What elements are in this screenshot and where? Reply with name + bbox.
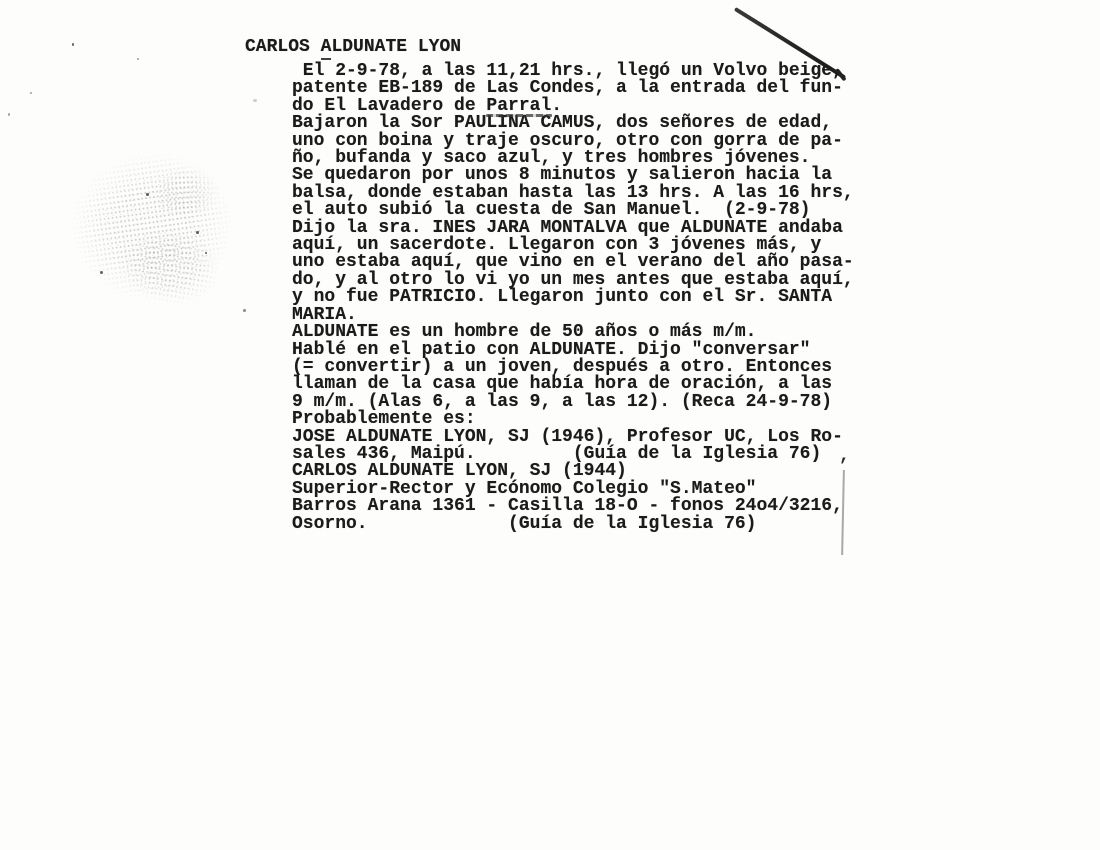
scan-speck [146,193,149,196]
scan-speck [137,58,139,60]
scan-speck [196,231,199,234]
scanned-document-page: CARLOS ALDUNATE LYON El 2-9-78, a las 11… [0,0,1100,850]
typewritten-line: ALDUNATE es un hombre de 50 años o más m… [292,324,854,341]
title-underlined-letter: A [321,37,332,60]
typewritten-line: Bajaron la Sor PAULINA CAMUS, dos señore… [292,115,854,132]
scan-speck [243,309,246,312]
scan-speck [253,99,257,102]
title-text-rest: LDUNATE LYON [331,37,461,57]
scan-smudge [150,165,220,220]
title-text-prefix: CARLOS [245,37,321,57]
scan-speck [72,43,74,46]
document-title: CARLOS ALDUNATE LYON [245,38,461,56]
typewritten-line: y no fue PATRICIO. Llegaron junto con el… [292,289,854,306]
stray-comma-mark: , [839,448,850,465]
typewritten-line: Probablemente es: [292,411,854,428]
scan-speck [205,252,207,254]
underline-parral [486,114,552,117]
scan-speck [100,271,103,274]
scan-speck [8,113,10,116]
typewritten-line: Osorno. (Guía de la Iglesia 76) [292,516,854,533]
typewritten-line: Barros Arana 1361 - Casilla 18-O - fonos… [292,498,854,515]
scan-speck [30,92,32,94]
document-body: El 2-9-78, a las 11,21 hrs., llegó un Vo… [292,63,854,533]
